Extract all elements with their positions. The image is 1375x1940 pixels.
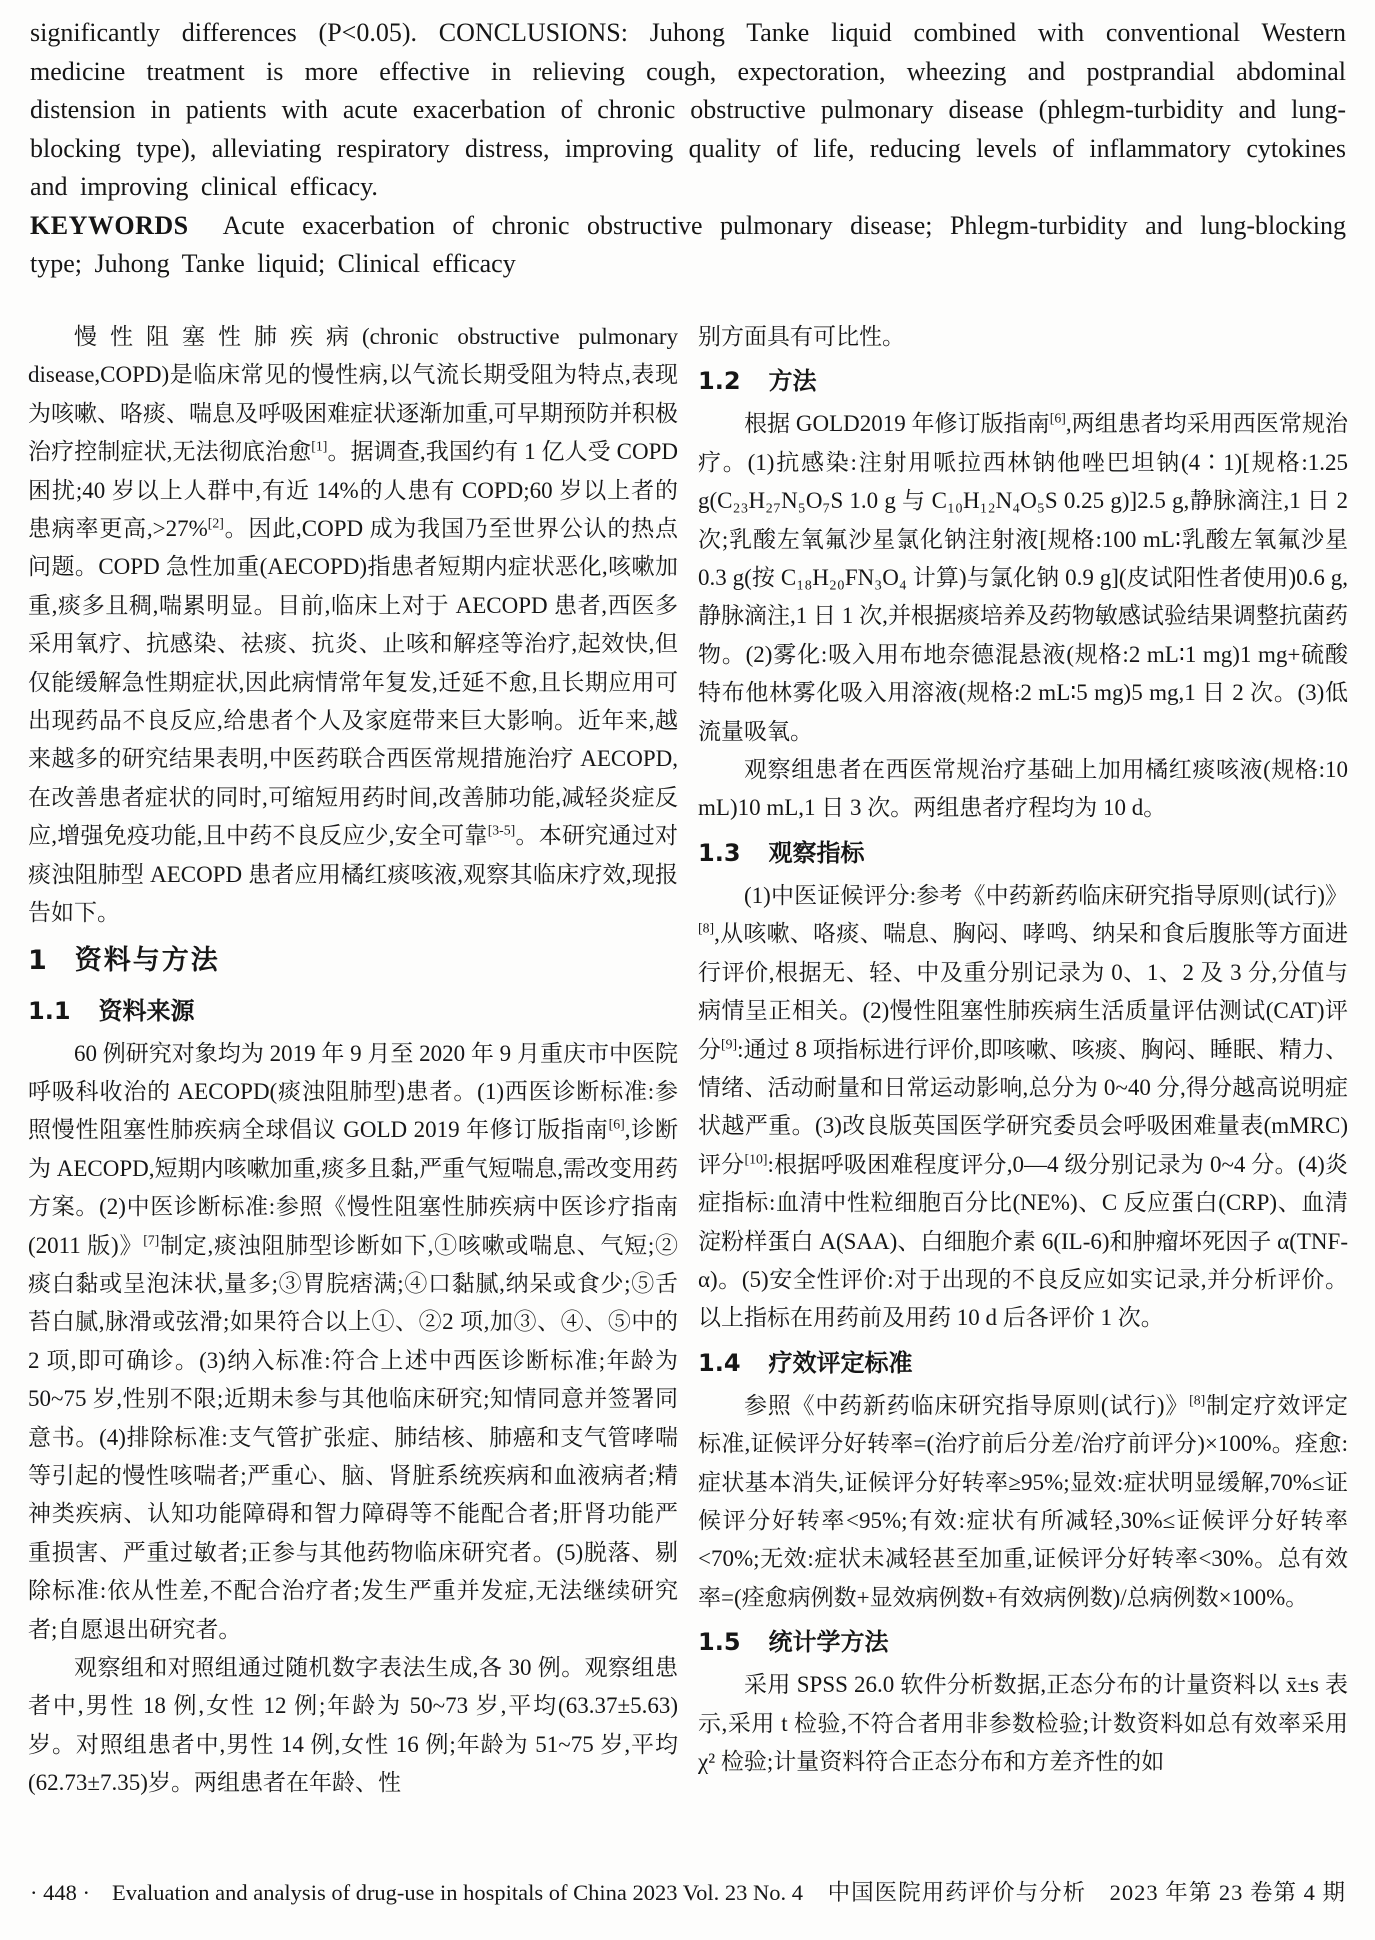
body-column-left: 慢性阻塞性肺疾病(chronic obstructive pulmonary d… [28,318,678,1803]
journal-name-english: Evaluation and analysis of drug-use in h… [112,1878,803,1908]
section-heading-1-2: 1.2方法 [698,359,1348,403]
methods-paragraph: 根据 GOLD2019 年修订版指南[6],两组患者均采用西医常规治疗。(1)抗… [698,405,1348,751]
grouping-paragraph-continued: 别方面具有可比性。 [698,318,1348,356]
english-abstract: significantly differences (P<0.05). CONC… [30,14,1346,284]
section-heading-1-4: 1.4疗效评定标准 [698,1341,1348,1385]
section-number: 1.3 [698,839,741,867]
journal-article-page: significantly differences (P<0.05). CONC… [0,0,1375,1940]
section-heading-1-5: 1.5统计学方法 [698,1620,1348,1664]
section-title: 观察指标 [769,839,865,867]
section-number: 1.2 [698,367,741,395]
statistics-paragraph: 采用 SPSS 26.0 软件分析数据,正态分布的计量资料以 x̄±s 表示,采… [698,1666,1348,1781]
section-heading-1: 1资料与方法 [28,936,678,986]
data-source-paragraph: 60 例研究对象均为 2019 年 9 月至 2020 年 9 月重庆市中医院呼… [28,1035,678,1650]
body-column-right: 别方面具有可比性。 1.2方法 根据 GOLD2019 年修订版指南[6],两组… [698,318,1348,1781]
grouping-paragraph: 观察组和对照组通过随机数字表法生成,各 30 例。观察组患者中,男性 18 例,… [28,1649,678,1803]
keywords-label: KEYWORDS [30,211,189,240]
section-title: 资料与方法 [75,945,220,976]
efficacy-criteria-paragraph: 参照《中药新药临床研究指导原则(试行)》[8]制定疗效评定标准,证候评分好转率=… [698,1387,1348,1617]
footer-left: · 448 · Evaluation and analysis of drug-… [30,1878,803,1908]
section-heading-1-3: 1.3观察指标 [698,831,1348,875]
section-number: 1.1 [28,997,71,1025]
keywords-text: Acute exacerbation of chronic obstructiv… [30,211,1346,279]
section-number: 1 [28,945,47,976]
abstract-keywords-line: KEYWORDSAcute exacerbation of chronic ob… [30,207,1346,284]
indicators-paragraph: (1)中医证候评分:参考《中药新药临床研究指导原则(试行)》[8],从咳嗽、咯痰… [698,877,1348,1338]
journal-name-chinese: 中国医院用药评价与分析 2023 年第 23 卷第 4 期 [828,1878,1346,1908]
abstract-conclusions-text: significantly differences (P<0.05). CONC… [30,14,1346,207]
section-heading-1-1: 1.1资料来源 [28,989,678,1033]
page-number: · 448 · [30,1878,90,1908]
page-footer: · 448 · Evaluation and analysis of drug-… [30,1878,1346,1908]
section-number: 1.4 [698,1349,741,1377]
intro-paragraph: 慢性阻塞性肺疾病(chronic obstructive pulmonary d… [28,318,678,933]
section-title: 统计学方法 [769,1628,889,1656]
observation-group-paragraph: 观察组患者在西医常规治疗基础上加用橘红痰咳液(规格:10 mL)10 mL,1 … [698,751,1348,828]
section-number: 1.5 [698,1628,741,1656]
section-title: 资料来源 [99,997,195,1025]
section-title: 疗效评定标准 [769,1349,913,1377]
section-title: 方法 [769,367,817,395]
